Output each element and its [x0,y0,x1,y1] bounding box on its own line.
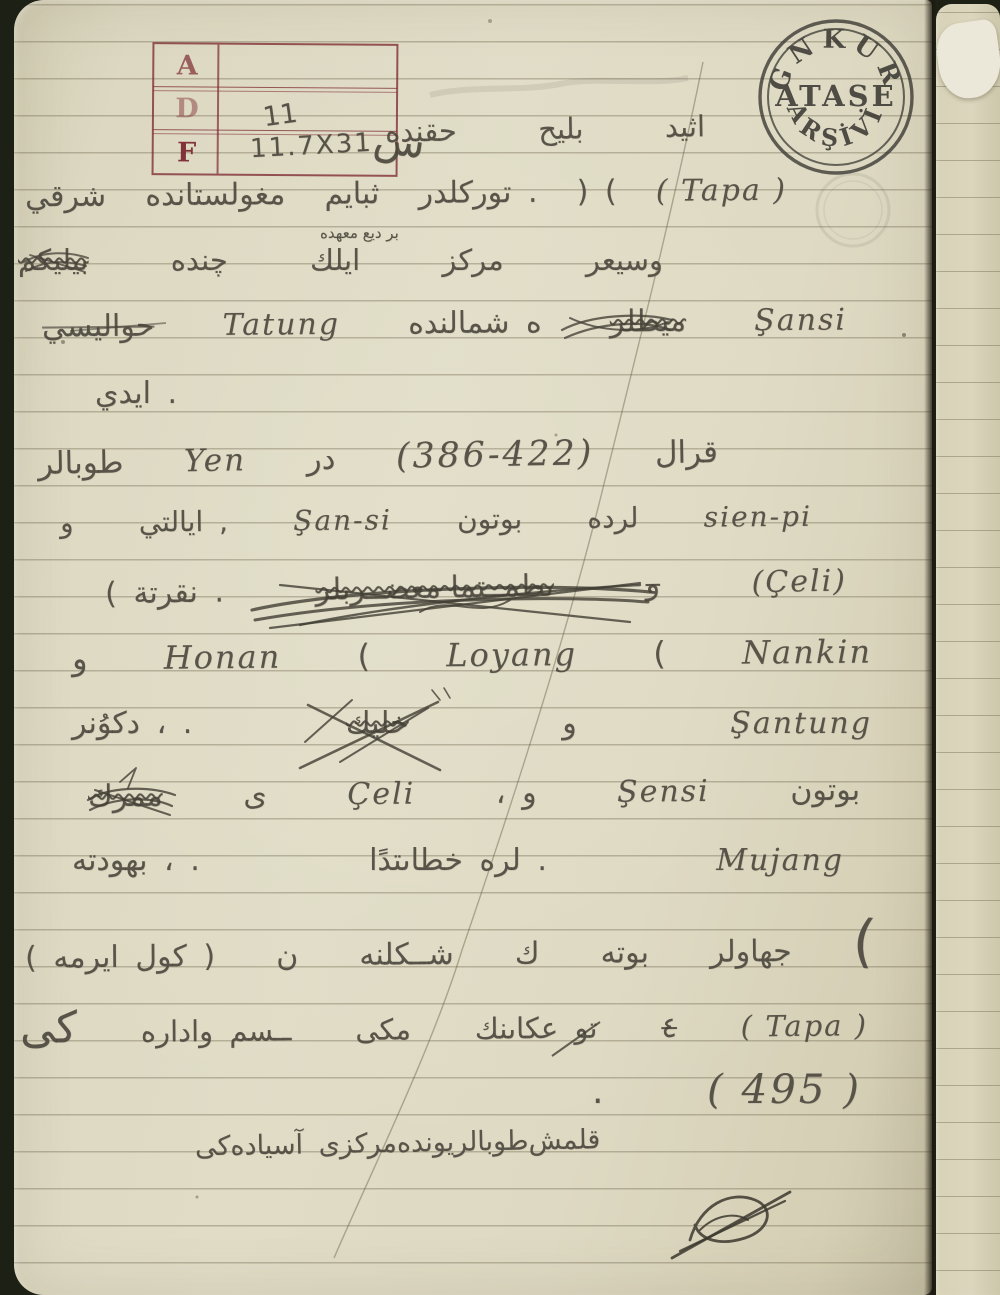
index-row-label-f: F [170,137,204,168]
handwriting-run: ( Tapa ) [656,173,787,209]
handwriting-run: بوتون [457,502,522,536]
handwriting-run: چنده [171,243,228,277]
handwriting-run: بوته [600,935,649,970]
handwriting-run: بليح [538,111,584,146]
handwriting-run: Nankin [742,633,872,672]
handwriting-run: ميطلر [610,304,687,340]
scan-background: { "document": { "index_stamp": { "rows":… [0,0,1000,1295]
handwriting-run: ، و [496,775,537,810]
handwriting-run: ايالتي , [139,505,229,539]
handwriting-run: ( [850,907,878,975]
handwriting-run: توركلدر . [418,175,537,211]
handwriting-line-3: بيليكمچندهايلكمركزوسيعر [18,243,663,277]
handwriting-run: حقنده [385,114,457,149]
handwriting-run: ثبايم [324,176,379,211]
handwriting-line-9: وHonan(Loyang(Nankin [72,633,872,678]
handwriting-line-15: .( 495 ) [592,1066,862,1113]
handwriting-run: و [72,639,88,677]
handwriting-run: و [562,706,577,741]
handwriting-run: (Çeli) [751,564,847,601]
handwriting-run: دكوُنر ، . [72,706,192,741]
index-entry-f: 11.7X31 [249,128,373,164]
handwriting-run: Honan [164,638,282,677]
handwriting-run: Loyang [446,635,577,674]
handwriting-run: ( 495 ) [707,1066,862,1113]
handwriting-line-12: بهودته ، .لره خطاىتدًا .Mujang [72,843,844,878]
handwriting-run: تو عكاىنك [475,1011,598,1046]
handwriting-run: ن [276,938,298,973]
handwriting-run: . [592,1071,603,1112]
handwriting-run: (386-422) [396,433,595,476]
handwriting-run: Şan-si [293,503,392,537]
handwriting-run: ــسم وادارە [141,1013,292,1048]
handwriting-run: قرال [655,434,719,471]
handwriting-run: خليك [346,706,409,741]
handwriting-run: Tatung [222,307,340,343]
handwriting-run: ( نقرتة . [105,574,224,611]
handwriting-run: Çeli [347,777,415,813]
handwriting-run: طوبالريوندە [397,1126,529,1159]
handwriting-run: و [645,567,660,602]
handwriting-run: ايلك [310,243,360,277]
archive-round-stamp: GNKUR ATASE ARŞİVİ [755,15,917,179]
handwriting-line-13: ( كول ايرمه )نشــكلنهكبوتهجهاولر( [25,908,876,981]
superscript-note: بر ديع معهده [320,224,399,242]
handwriting-run: ه شمالنده [408,305,542,341]
handwriting-run: جهاولر [710,934,792,970]
handwriting-run: sien-pi [704,500,813,534]
handwriting-run: شرقي [25,179,106,215]
handwriting-run: ايدي . [95,376,177,411]
handwriting-run: بوتون [790,773,860,809]
handwriting-line-7: وايالتي ,Şan-siبوتونلردهsien-pi [60,500,812,540]
index-row-label-a: A [170,50,204,81]
handwriting-run: مكى [355,1012,411,1046]
index-row-label-d: D [170,93,204,124]
handwriting-run: Şensi [617,774,710,810]
adjacent-page-edge [936,4,1000,1295]
handwriting-run: وسيعر [586,243,663,277]
handwriting-run: ) ( [577,174,617,209]
handwriting-run: قلمش [528,1124,600,1156]
handwriting-run: ( Tapa ) [741,1008,869,1043]
handwriting-line-5: ايدي . [95,376,225,411]
handwriting-run: Mujang [716,843,844,878]
handwriting-run: ى [243,778,267,813]
index-stamp-row-divider [153,86,397,93]
handwriting-run: Şansi [754,302,847,338]
handwriting-run: لرده [587,501,638,534]
handwriting-run: ممرك [88,779,163,815]
index-stamp-column-divider [217,45,220,174]
paper-specks [0,0,2,2]
handwriting-run: در [306,441,335,477]
handwriting-run: بيليكم [18,243,89,277]
handwriting-run: حواليسي [42,309,155,345]
handwriting-run: اثيد [665,109,706,144]
handwriting-run: مغولستانده [145,177,285,213]
handwriting-line-11: ممركىÇeli، وŞensiبوتون [88,773,860,815]
handwriting-run: مركز [442,243,503,277]
handwriting-run: لره خطاىتدًا . [369,843,547,878]
handwriting-run: Yen [184,442,247,479]
handwriting-run: ( [653,634,666,672]
handwriting-run: طوبالر [38,444,124,481]
handwriting-run: بهودته ، . [72,843,200,878]
handwriting-run: ( كول ايرمه ) [25,939,215,976]
handwriting-run: ( [357,637,370,675]
index-entry-d: 11 [261,98,299,133]
handwriting-line-2: شرقيمغولستاندهثبايمتوركلدر .) (( Tapa ) [25,173,787,215]
handwriting-run: Şantung [730,706,872,741]
handwriting-run: شــكلنه [359,937,454,973]
handwriting-run: ىطمــتما معضــربلر [315,569,554,608]
handwriting-run: ك [515,936,540,971]
handwriting-line-10: دكوُنر ، .خليكوŞantung [72,706,872,741]
handwriting-run: و [60,506,74,539]
handwriting-run: كى [20,1003,77,1053]
handwriting-run: ٤ [661,1010,677,1044]
handwriting-line-4: حواليسيTatungه شمالندهميطلرŞansi [42,302,847,344]
handwriting-line-1: حقندهبليحاثيد [385,109,706,149]
handwriting-run: مركزى آسيادەكى [195,1128,397,1163]
handwriting-line-14: كىــسم وادارەمكىتو عكاىنك٤( Tapa ) [20,996,868,1053]
